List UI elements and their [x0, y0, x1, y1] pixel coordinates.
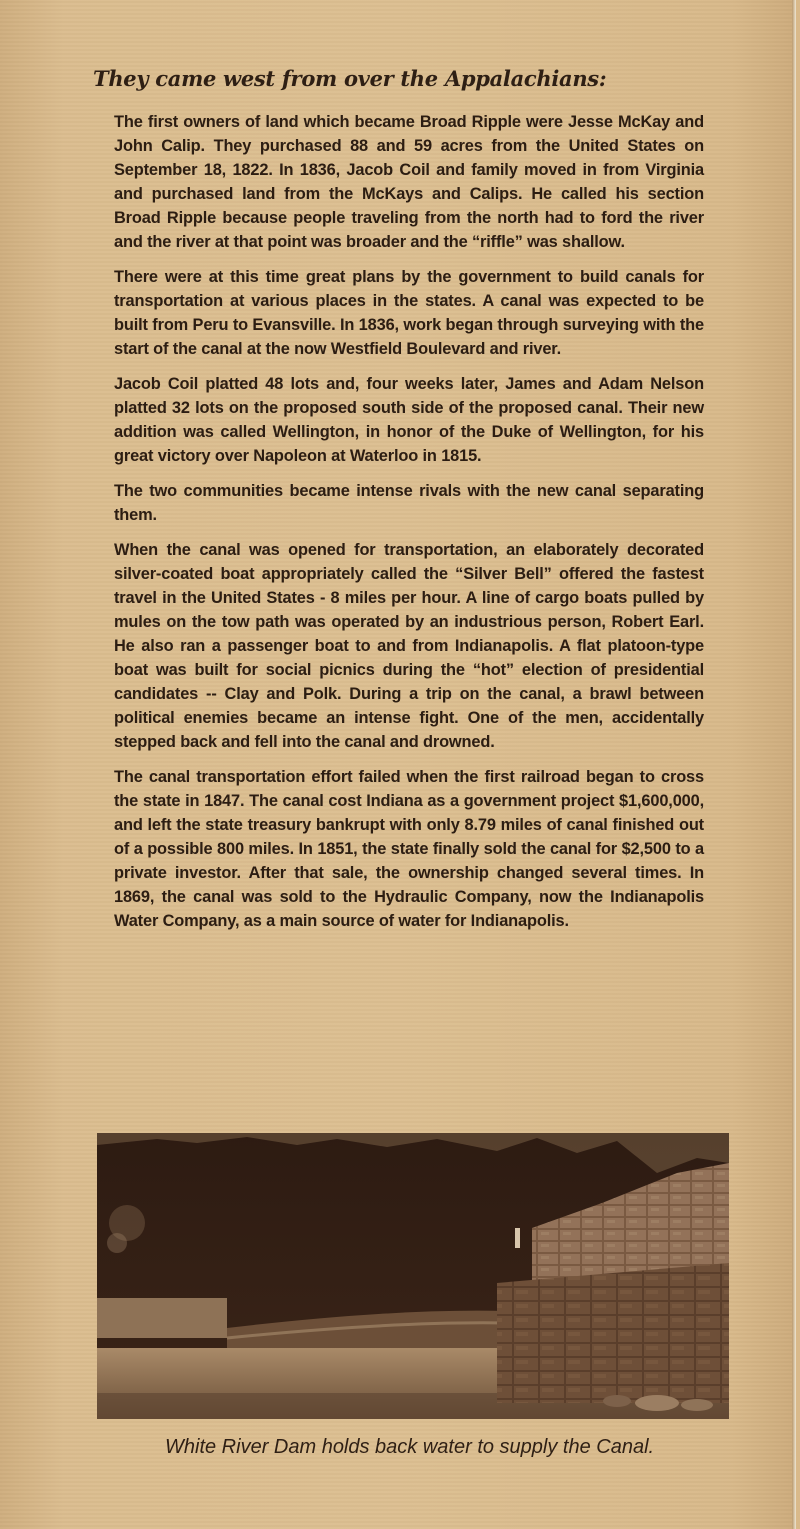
article-body: The first owners of land which became Br… — [114, 110, 704, 944]
page-edge — [792, 0, 796, 1529]
section-heading: They came west from over the Appalachian… — [93, 66, 606, 91]
paragraph-canal-opened: When the canal was opened for transporta… — [114, 538, 704, 755]
paragraph-lots-platted: Jacob Coil platted 48 lots and, four wee… — [114, 372, 704, 468]
brochure-page: They came west from over the Appalachian… — [0, 0, 796, 1529]
paragraph-rivals: The two communities became intense rival… — [114, 479, 704, 527]
paragraph-first-owners: The first owners of land which became Br… — [114, 110, 704, 255]
photo-caption: White River Dam holds back water to supp… — [165, 1436, 685, 1458]
dam-photo — [97, 1133, 729, 1419]
paragraph-canal-failed: The canal transportation effort failed w… — [114, 765, 704, 934]
dam-photo-illustration — [97, 1133, 729, 1419]
paragraph-canal-plans: There were at this time great plans by t… — [114, 265, 704, 361]
